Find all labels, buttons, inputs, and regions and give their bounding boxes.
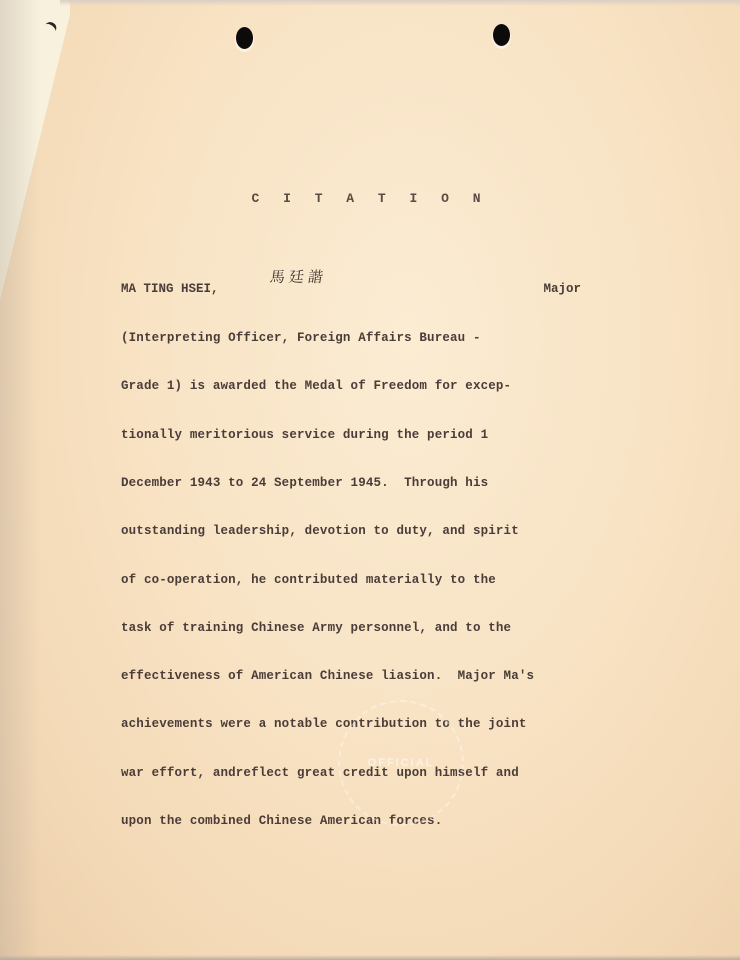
bottom-edge xyxy=(0,955,740,960)
recipient-name: MA TING HSEI, xyxy=(121,282,219,296)
body-line: effectiveness of American Chinese liasio… xyxy=(121,668,621,684)
top-edge xyxy=(60,0,740,6)
body-line: tionally meritorious service during the … xyxy=(121,427,621,443)
seal-text: OFFICIAL xyxy=(368,757,435,769)
body-line: outstanding leadership, devotion to duty… xyxy=(121,523,621,539)
faded-watermark xyxy=(570,910,720,932)
document-title: C I T A T I O N xyxy=(0,191,740,206)
body-line: Grade 1) is awarded the Medal of Freedom… xyxy=(121,378,621,394)
body-line: of co-operation, he contributed material… xyxy=(121,572,621,588)
recipient-rank: Major xyxy=(543,282,581,296)
document-page: C I T A T I O N 馬廷諧 MA TING HSEI, Major … xyxy=(0,0,740,960)
folded-corner xyxy=(0,0,70,300)
punch-hole-icon xyxy=(236,27,253,49)
embossed-seal: OFFICIAL xyxy=(338,700,464,826)
body-line: December 1943 to 24 September 1945. Thro… xyxy=(121,475,621,491)
punch-hole-icon xyxy=(493,24,510,46)
body-line: task of training Chinese Army personnel,… xyxy=(121,620,621,636)
body-line: (Interpreting Officer, Foreign Affairs B… xyxy=(121,330,621,346)
recipient-line: MA TING HSEI, Major xyxy=(121,282,581,298)
